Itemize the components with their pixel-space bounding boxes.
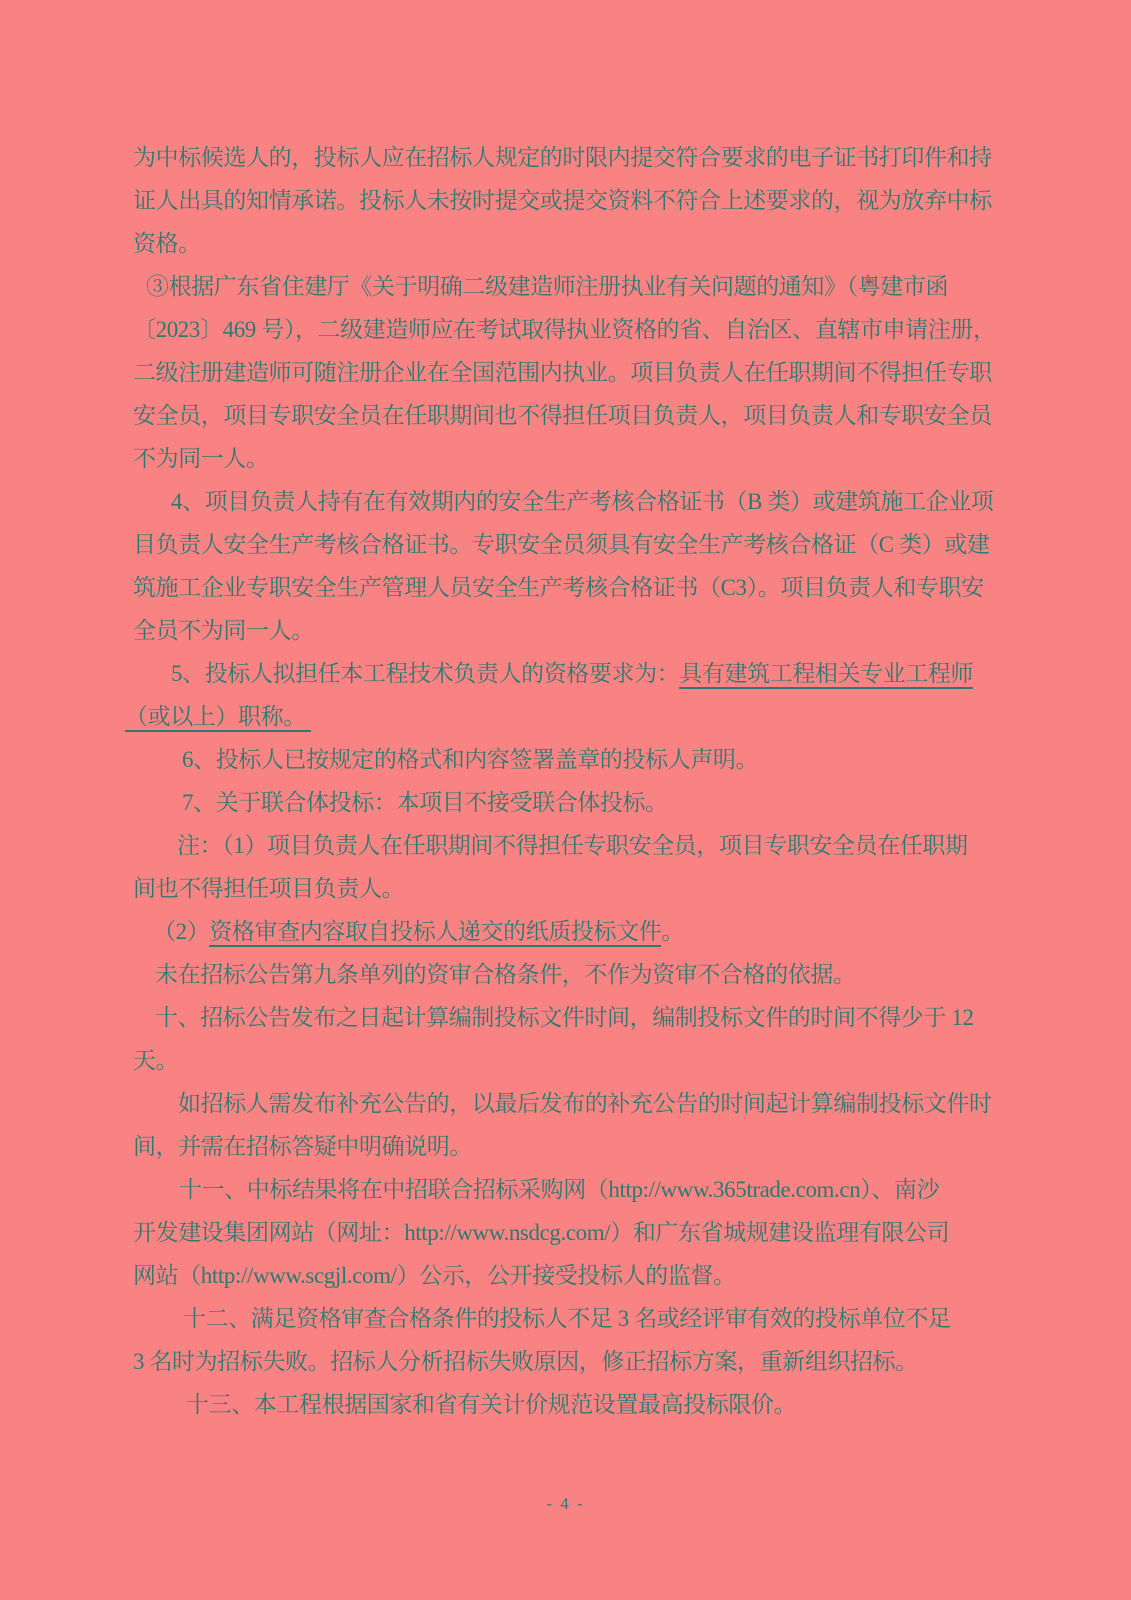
text-line: 〔2023〕469 号），二级建造师应在考试取得执业资格的省、自治区、直辖市申请… xyxy=(133,308,1005,351)
text-segment: 为中标候选人的，投标人应在招标人规定的时限内提交符合要求的电子证书打印件和持 xyxy=(133,145,992,170)
text-segment: 如招标人需发布补充公告的，以最后发布的补充公告的时间起计算编制投标文件时 xyxy=(178,1091,992,1116)
text-segment: （2） xyxy=(153,919,209,944)
text-segment: 十一、中标结果将在中招联合招标采购网（http://www.365trade.c… xyxy=(179,1177,939,1202)
text-segment: 〔2023〕469 号），二级建造师应在考试取得执业资格的省、自治区、直辖市申请… xyxy=(133,317,996,342)
text-line: 十一、中标结果将在中招联合招标采购网（http://www.365trade.c… xyxy=(179,1168,1005,1211)
text-segment: 3 名时为招标失败。招标人分析招标失败原因，修正招标方案，重新组织招标。 xyxy=(133,1349,918,1374)
text-line: 开发建设集团网站（网址：http://www.nsdcg.com/）和广东省城规… xyxy=(133,1211,1005,1254)
text-segment: 二级注册建造师可随注册企业在全国范围内执业。项目负责人在任职期间不得担任专职 xyxy=(133,360,992,385)
text-segment: 资格。 xyxy=(133,231,201,256)
text-segment: 未在招标公告第九条单列的资审合格条件，不作为资审不合格的依据。 xyxy=(155,962,856,987)
text-segment: 间也不得担任项目负责人。 xyxy=(133,876,404,901)
text-line: （2）资格审查内容取自投标人递交的纸质投标文件。 xyxy=(153,910,1005,953)
text-segment: 安全员，项目专职安全员在任职期间也不得担任项目负责人，项目负责人和专职安全员 xyxy=(133,403,992,428)
text-line: 未在招标公告第九条单列的资审合格条件，不作为资审不合格的依据。 xyxy=(155,953,1005,996)
text-segment: 注：（1）项目负责人在任职期间不得担任专职安全员，项目专职安全员在任职期 xyxy=(177,833,968,858)
text-segment: 天。 xyxy=(133,1048,178,1073)
text-line: 间，并需在招标答疑中明确说明。 xyxy=(133,1125,1005,1168)
text-line: 十、招标公告发布之日起计算编制投标文件时间，编制投标文件的时间不得少于 12 xyxy=(155,996,1005,1039)
text-line: 不为同一人。 xyxy=(133,437,1005,480)
text-segment: 十二、满足资格审查合格条件的投标人不足 3 名或经评审有效的投标单位不足 xyxy=(183,1306,951,1331)
document-body: 为中标候选人的，投标人应在招标人规定的时限内提交符合要求的电子证书打印件和持证人… xyxy=(133,136,1005,1426)
text-line: 7、关于联合体投标：本项目不接受联合体投标。 xyxy=(182,781,1005,824)
text-line: 安全员，项目专职安全员在任职期间也不得担任项目负责人，项目负责人和专职安全员 xyxy=(133,394,1005,437)
text-line: 目负责人安全生产考核合格证书。专职安全员须具有安全生产考核合格证（C 类）或建 xyxy=(133,523,1005,566)
text-segment: 5、投标人拟担任本工程技术负责人的资格要求为： xyxy=(171,661,679,686)
text-segment: 十三、本工程根据国家和省有关计价规范设置最高投标限价。 xyxy=(186,1392,796,1417)
text-segment: 。 xyxy=(661,919,684,944)
text-line: 证人出具的知情承诺。投标人未按时提交或提交资料不符合上述要求的，视为放弃中标 xyxy=(133,179,1005,222)
text-line: 注：（1）项目负责人在任职期间不得担任专职安全员，项目专职安全员在任职期 xyxy=(177,824,1005,867)
text-line: 二级注册建造师可随注册企业在全国范围内执业。项目负责人在任职期间不得担任专职 xyxy=(133,351,1005,394)
text-segment: 网站（http://www.scgjl.com/）公示，公开接受投标人的监督。 xyxy=(133,1263,736,1288)
underlined-text: 具有建筑工程相关专业工程师 xyxy=(679,661,973,689)
text-segment: 不为同一人。 xyxy=(133,446,269,471)
text-line: （或以上）职称。 xyxy=(125,695,1005,738)
page-footer: - 4 - xyxy=(0,1494,1131,1514)
text-line: 3 名时为招标失败。招标人分析招标失败原因，修正招标方案，重新组织招标。 xyxy=(133,1340,1005,1383)
text-line: 全员不为同一人。 xyxy=(133,609,1005,652)
text-line: 间也不得担任项目负责人。 xyxy=(133,867,1005,910)
text-segment: 4、项目负责人持有在有效期内的安全生产考核合格证书（B 类）或建筑施工企业项 xyxy=(171,489,993,514)
text-segment: 十、招标公告发布之日起计算编制投标文件时间，编制投标文件的时间不得少于 12 xyxy=(155,1005,974,1030)
text-segment: 开发建设集团网站（网址：http://www.nsdcg.com/）和广东省城规… xyxy=(133,1220,949,1245)
text-line: 4、项目负责人持有在有效期内的安全生产考核合格证书（B 类）或建筑施工企业项 xyxy=(171,480,1005,523)
text-line: 天。 xyxy=(133,1039,1005,1082)
text-line: 如招标人需发布补充公告的，以最后发布的补充公告的时间起计算编制投标文件时 xyxy=(178,1082,1005,1125)
text-segment: 间，并需在招标答疑中明确说明。 xyxy=(133,1134,472,1159)
underlined-text: （或以上）职称。 xyxy=(125,704,311,732)
document-page: 为中标候选人的，投标人应在招标人规定的时限内提交符合要求的电子证书打印件和持证人… xyxy=(0,0,1131,1600)
text-segment: 证人出具的知情承诺。投标人未按时提交或提交资料不符合上述要求的，视为放弃中标 xyxy=(133,188,992,213)
text-line: 网站（http://www.scgjl.com/）公示，公开接受投标人的监督。 xyxy=(133,1254,1005,1297)
text-segment: 筑施工企业专职安全生产管理人员安全生产考核合格证书（C3）。项目负责人和专职安 xyxy=(133,575,984,600)
text-line: 筑施工企业专职安全生产管理人员安全生产考核合格证书（C3）。项目负责人和专职安 xyxy=(133,566,1005,609)
text-segment: 7、关于联合体投标：本项目不接受联合体投标。 xyxy=(182,790,668,815)
text-segment: 全员不为同一人。 xyxy=(133,618,314,643)
text-line: 资格。 xyxy=(133,222,1005,265)
text-line: 为中标候选人的，投标人应在招标人规定的时限内提交符合要求的电子证书打印件和持 xyxy=(133,136,1005,179)
page-number: - 4 - xyxy=(546,1494,584,1513)
text-line: ③根据广东省住建厅《关于明确二级建造师注册执业有关问题的通知》（粤建市函 xyxy=(146,265,1005,308)
text-segment: 6、投标人已按规定的格式和内容签署盖章的投标人声明。 xyxy=(182,747,758,772)
text-line: 十三、本工程根据国家和省有关计价规范设置最高投标限价。 xyxy=(186,1383,1005,1426)
text-segment: 目负责人安全生产考核合格证书。专职安全员须具有安全生产考核合格证（C 类）或建 xyxy=(133,532,990,557)
text-line: 5、投标人拟担任本工程技术负责人的资格要求为：具有建筑工程相关专业工程师 xyxy=(171,652,1005,695)
text-line: 6、投标人已按规定的格式和内容签署盖章的投标人声明。 xyxy=(182,738,1005,781)
text-segment: ③根据广东省住建厅《关于明确二级建造师注册执业有关问题的通知》（粤建市函 xyxy=(146,274,948,299)
text-line: 十二、满足资格审查合格条件的投标人不足 3 名或经评审有效的投标单位不足 xyxy=(183,1297,1005,1340)
underlined-text: 资格审查内容取自投标人递交的纸质投标文件 xyxy=(209,919,661,947)
